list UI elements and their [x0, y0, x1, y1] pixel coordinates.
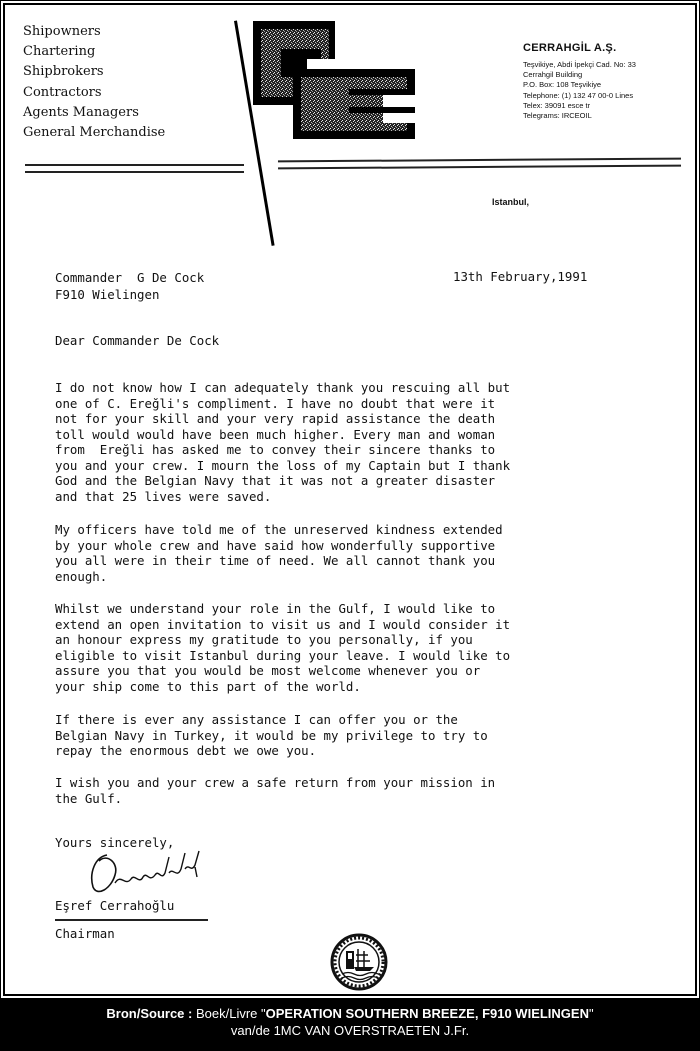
caption-label: Bron/Source : [106, 1006, 192, 1021]
services-list: Shipowners Chartering Shipbrokers Contra… [23, 22, 165, 143]
body-paragraph: Whilst we understand your role in the Gu… [55, 601, 510, 694]
address-line: Cerrahgil Building [523, 70, 636, 80]
service-item: Shipbrokers [23, 62, 165, 82]
caption-author: van/de 1MC VAN OVERSTRAETEN J.Fr. [0, 1022, 700, 1039]
header-rule-right [278, 158, 681, 170]
letter-date: 13th February,1991 [453, 269, 587, 284]
body-paragraph: My officers have told me of the unreserv… [55, 522, 503, 584]
signer-title: Chairman [55, 926, 115, 941]
header-rule-left [25, 164, 244, 173]
company-seal-icon [330, 933, 388, 991]
signature-icon [85, 843, 215, 899]
caption-book-prefix: Boek/Livre " [192, 1006, 265, 1021]
service-item: Agents Managers [23, 103, 165, 123]
company-address-block: CERRAHGİL A.Ş. Teşvikiye, Abdi İpekçi Ca… [523, 42, 636, 121]
address-line: Teşvikiye, Abdi İpekçi Cad. No: 33 [523, 60, 636, 70]
letter-city: Istanbul, [492, 197, 529, 207]
signature-rule [55, 919, 208, 921]
company-logo-icon [253, 21, 415, 141]
salutation: Dear Commander De Cock [55, 333, 219, 348]
caption-book-suffix: " [589, 1006, 594, 1021]
recipient-line: F910 Wielingen [55, 286, 204, 303]
body-paragraph: I do not know how I can adequately thank… [55, 380, 510, 504]
caption-source-line: Bron/Source : Boek/Livre "OPERATION SOUT… [0, 1005, 700, 1022]
service-item: Shipowners [23, 22, 165, 42]
service-item: Chartering [23, 42, 165, 62]
caption-book-title: OPERATION SOUTHERN BREEZE, F910 WIELINGE… [266, 1006, 589, 1021]
body-paragraph: I wish you and your crew a safe return f… [55, 775, 495, 806]
address-line: Telephone: (1) 132 47 00-0 Lines [523, 91, 636, 101]
recipient-block: Commander G De CockF910 Wielingen [55, 269, 204, 303]
signer-name: Eşref Cerrahoğlu [55, 898, 174, 913]
service-item: General Merchandise [23, 123, 165, 143]
recipient-line: Commander G De Cock [55, 269, 204, 286]
service-item: Contractors [23, 83, 165, 103]
address-line: P.O. Box: 108 Teşvikiye [523, 80, 636, 90]
letter-page: Shipowners Chartering Shipbrokers Contra… [5, 5, 695, 994]
address-line: Telegrams: IRCEOIL [523, 111, 636, 121]
company-name: CERRAHGİL A.Ş. [523, 42, 636, 54]
body-paragraph: If there is ever any assistance I can of… [55, 712, 488, 759]
source-caption: Bron/Source : Boek/Livre "OPERATION SOUT… [0, 1005, 700, 1039]
address-line: Telex: 39091 esce tr [523, 101, 636, 111]
